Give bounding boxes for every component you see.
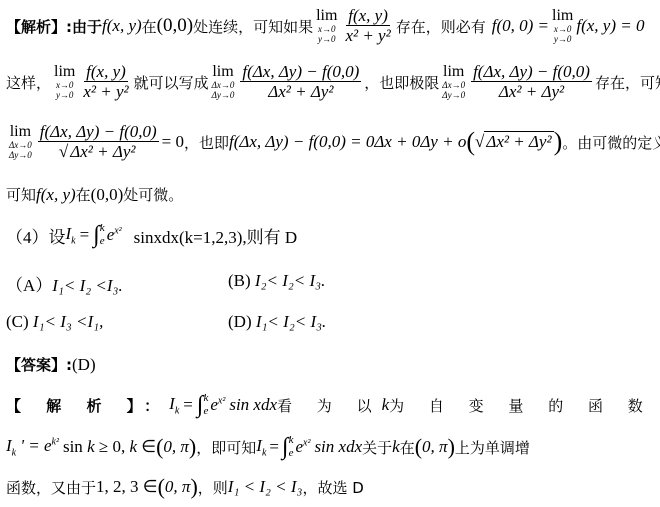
integral: ∫ ke <box>93 222 106 248</box>
text: ，也即 <box>184 132 229 153</box>
lim-text: lim <box>10 124 31 140</box>
math-point: (0,0) <box>157 15 193 37</box>
limit-op: lim x→0 y→0 <box>54 64 75 100</box>
limit-op: lim Δx→0 Δy→0 <box>9 124 32 160</box>
text: 这样， <box>6 72 51 93</box>
math-expr: f(Δx, Δy) − f(0,0) = 0Δx + 0Δy + o <box>229 132 466 152</box>
numerator: f(x, y) <box>346 6 390 26</box>
text: 存在，则必有 <box>396 16 486 37</box>
lim-sub: x→0 <box>56 80 74 90</box>
option-d: (D) I₁< I₂< I₃. <box>228 312 326 332</box>
solution-line-1: 【 解 析 】： Ik = ∫ke ex² sin xdx 看 为 以 k 为 … <box>6 392 654 418</box>
question-line: （4）设 Ik = ∫ ke ex² sinxdx(k=1,2,3),则有 D <box>6 222 297 248</box>
limit-op: lim Δx→0 Δy→0 <box>442 64 465 100</box>
sqrt-content: Δx² + Δy² <box>68 141 137 161</box>
option-a: （A）I₁< I₂ <I₃. <box>6 271 123 296</box>
analysis-line-3: lim Δx→0 Δy→0 f(Δx, Δy) − f(0,0) √Δx² + … <box>6 122 660 162</box>
math-expr: f(0, 0) = <box>492 16 549 36</box>
text: ，则 <box>198 477 228 498</box>
text: ，也即极限 <box>364 72 439 93</box>
solution-line-3: 函数，又由于 1, 2, 3 ∈ (0, π) ，则 I₁ < I₂ < I₃ … <box>6 474 364 500</box>
lim-sub: Δy→0 <box>9 150 32 160</box>
numerator: f(Δx, Δy) − f(0,0) <box>38 122 159 142</box>
fraction: f(Δx, Δy) − f(0,0) √Δx² + Δy² <box>38 122 159 162</box>
lim-text: lim <box>212 64 233 80</box>
text: 由于 <box>72 16 102 37</box>
math-expr: = 0 <box>162 132 184 152</box>
text: 上为单调增 <box>455 437 530 458</box>
fraction: f(Δx, Δy) − f(0,0) Δx² + Δy² <box>240 62 361 102</box>
text: 就可以写成 <box>134 72 209 93</box>
lim-text: lim <box>316 8 337 24</box>
option-b: (B) I₂< I₂< I₃. <box>228 271 325 291</box>
lim-sub: y→0 <box>318 34 336 44</box>
text: 在 <box>400 437 415 458</box>
lim-text: lim <box>552 8 573 24</box>
text: 函数，又由于 <box>6 477 96 498</box>
math-inequality: I₁ < I₂ < I₃ <box>228 477 303 497</box>
numerator: f(Δx, Δy) − f(0,0) <box>471 62 592 82</box>
text: 在 <box>142 16 157 37</box>
lim-text: lim <box>54 64 75 80</box>
denominator: x² + y² <box>81 82 130 102</box>
math-point: (0,0) <box>91 185 124 205</box>
math-f-xy: f(x, y) <box>36 185 76 205</box>
lim-sub: Δx→0 <box>9 140 32 150</box>
fraction: f(x, y) x² + y² <box>343 6 392 46</box>
solution-label: 【 解 析 】： <box>6 395 169 416</box>
answer-label: 【答案】: <box>6 354 72 375</box>
text: 。由可微的定义 <box>562 132 660 153</box>
lim-sub: Δy→0 <box>442 90 465 100</box>
option-c: (C) I₁< I₃ <I₁, <box>6 312 103 332</box>
answer-value: (D) <box>72 355 96 375</box>
limit-op: lim Δx→0 Δy→0 <box>212 64 235 100</box>
text: ，故选 D <box>302 477 363 498</box>
solution-line-2: Ik ' = ek² sin k ≥ 0, k ∈ (0, π) ，即可知 Ik… <box>6 434 530 460</box>
math-expr: sin xdx <box>229 395 277 415</box>
denominator: Δx² + Δy² <box>497 82 566 102</box>
answer-line: 【答案】: (D) <box>6 354 96 375</box>
analysis-line-1: 【解析】: 由于 f(x, y) 在 (0,0) 处连续，可知如果 lim x→… <box>6 6 644 46</box>
text: 关于 <box>362 437 392 458</box>
analysis-line-4: 可知 f(x, y) 在 (0,0) 处可微。 <box>6 184 183 205</box>
text: 看 为 以 <box>277 395 382 416</box>
numerator: f(Δx, Δy) − f(0,0) <box>240 62 361 82</box>
lim-sub: Δx→0 <box>212 80 235 90</box>
math-Ik: Ik <box>66 224 76 246</box>
fraction: f(Δx, Δy) − f(0,0) Δx² + Δy² <box>471 62 592 102</box>
lim-sub: x→0 <box>554 24 572 34</box>
math-expr: f(x, y) = 0 <box>576 16 644 36</box>
question-rest: sinxdx(k=1,2,3),则有 D <box>134 223 298 248</box>
text: 在 <box>76 184 91 205</box>
text: 处连续，可知如果 <box>193 16 313 37</box>
numerator: f(x, y) <box>84 62 128 82</box>
analysis-label: 【解析】: <box>6 16 72 37</box>
equals: = <box>80 225 90 245</box>
fraction: f(x, y) x² + y² <box>81 62 130 102</box>
lim-text: lim <box>443 64 464 80</box>
integrand: ex² <box>107 225 122 245</box>
question-prefix: （4）设 <box>6 223 66 248</box>
lim-sub: x→0 <box>318 24 336 34</box>
lim-sub: Δy→0 <box>212 90 235 100</box>
text: 可知 <box>6 184 36 205</box>
lim-sub: Δx→0 <box>442 80 465 90</box>
analysis-line-2: 这样， lim x→0 y→0 f(x, y) x² + y² 就可以写成 li… <box>6 62 660 102</box>
lim-sub: y→0 <box>554 34 572 44</box>
math-f-xy: f(x, y) <box>102 16 142 36</box>
denominator: Δx² + Δy² <box>266 82 335 102</box>
limit-op: lim x→0 y→0 <box>316 8 337 44</box>
text: ，即可知 <box>196 437 256 458</box>
text: 为 自 变 量 的 函 数 ， 则 可 知 <box>389 395 660 416</box>
lim-sub: y→0 <box>56 90 74 100</box>
denominator: x² + y² <box>343 26 392 46</box>
sqrt-content: Δx² + Δy² <box>484 131 553 151</box>
limit-op: lim x→0 y→0 <box>552 8 573 44</box>
math-k: k <box>382 395 390 415</box>
denominator: √Δx² + Δy² <box>57 142 140 162</box>
text: 处可微。 <box>123 184 183 205</box>
text: 存在，可知 <box>595 72 660 93</box>
